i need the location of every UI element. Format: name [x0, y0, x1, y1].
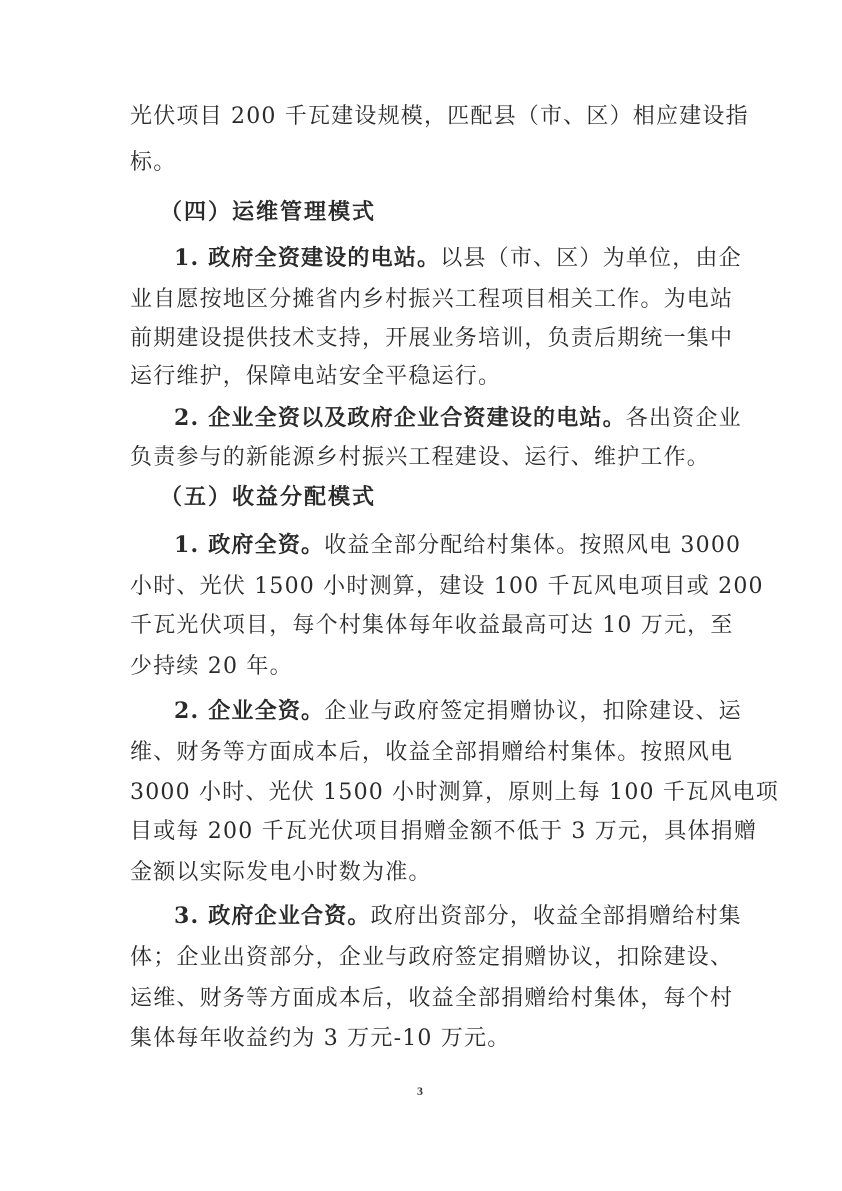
paragraph-line: 1. 政府全资建设的电站。以县（市、区）为单位，由企: [174, 245, 714, 271]
paragraph-line: 前期建设提供技术支持，开展业务培训，负责后期统一集中: [130, 326, 714, 352]
paragraph-line: 2. 企业全资以及政府企业合资建设的电站。各出资企业: [174, 405, 714, 431]
paragraph-line: 负责参与的新能源乡村振兴工程建设、运行、维护工作。: [130, 445, 714, 471]
paragraph-line: 3000 小时、光伏 1500 小时测算，原则上每 100 千瓦风电项: [130, 780, 714, 806]
paragraph-line: 2. 企业全资。企业与政府签定捐赠协议，扣除建设、运: [174, 698, 714, 724]
paragraph-line: 运行维护，保障电站安全平稳运行。: [130, 364, 714, 390]
item-title: 1. 政府全资建设的电站。: [174, 245, 440, 271]
item-title: 2. 企业全资以及政府企业合资建设的电站。: [174, 405, 626, 431]
paragraph-line: 业自愿按地区分摊省内乡村振兴工程项目相关工作。为电站: [130, 287, 714, 313]
item-title: 1. 政府全资。: [174, 532, 324, 558]
paragraph-line: 小时、光伏 1500 小时测算，建设 100 千瓦风电项目或 200: [130, 574, 714, 600]
paragraph-line: 目或每 200 千瓦光伏项目捐赠金额不低于 3 万元，具体捐赠: [130, 819, 714, 845]
item-title: 2. 企业全资。: [174, 698, 324, 724]
section-heading-revenue: （五）收益分配模式: [160, 484, 376, 510]
paragraph-line: 3. 政府企业合资。政府出资部分，收益全部捐赠给村集: [174, 903, 714, 929]
paragraph-line: 光伏项目 200 千瓦建设规模，匹配县（市、区）相应建设指: [130, 104, 714, 130]
paragraph-line: 运维、财务等方面成本后，收益全部捐赠给村集体，每个村: [130, 986, 714, 1012]
document-page: 光伏项目 200 千瓦建设规模，匹配县（市、区）相应建设指 标。 （四）运维管理…: [0, 0, 842, 1191]
paragraph-line: 千瓦光伏项目，每个村集体每年收益最高可达 10 万元，至: [130, 613, 714, 639]
paragraph-line: 维、财务等方面成本后，收益全部捐赠给村集体。按照风电: [130, 740, 714, 766]
item-title: 3. 政府企业合资。: [174, 903, 371, 929]
paragraph-line: 标。: [130, 150, 714, 176]
paragraph-line: 金额以实际发电小时数为准。: [130, 860, 714, 886]
page-number: 3: [410, 1084, 430, 1099]
paragraph-line: 少持续 20 年。: [130, 654, 714, 680]
paragraph-line: 集体每年收益约为 3 万元-10 万元。: [130, 1026, 714, 1052]
paragraph-line: 1. 政府全资。收益全部分配给村集体。按照风电 3000: [174, 532, 714, 558]
section-heading-operations: （四）运维管理模式: [160, 199, 376, 225]
paragraph-line: 体；企业出资部分，企业与政府签定捐赠协议，扣除建设、: [130, 945, 714, 971]
